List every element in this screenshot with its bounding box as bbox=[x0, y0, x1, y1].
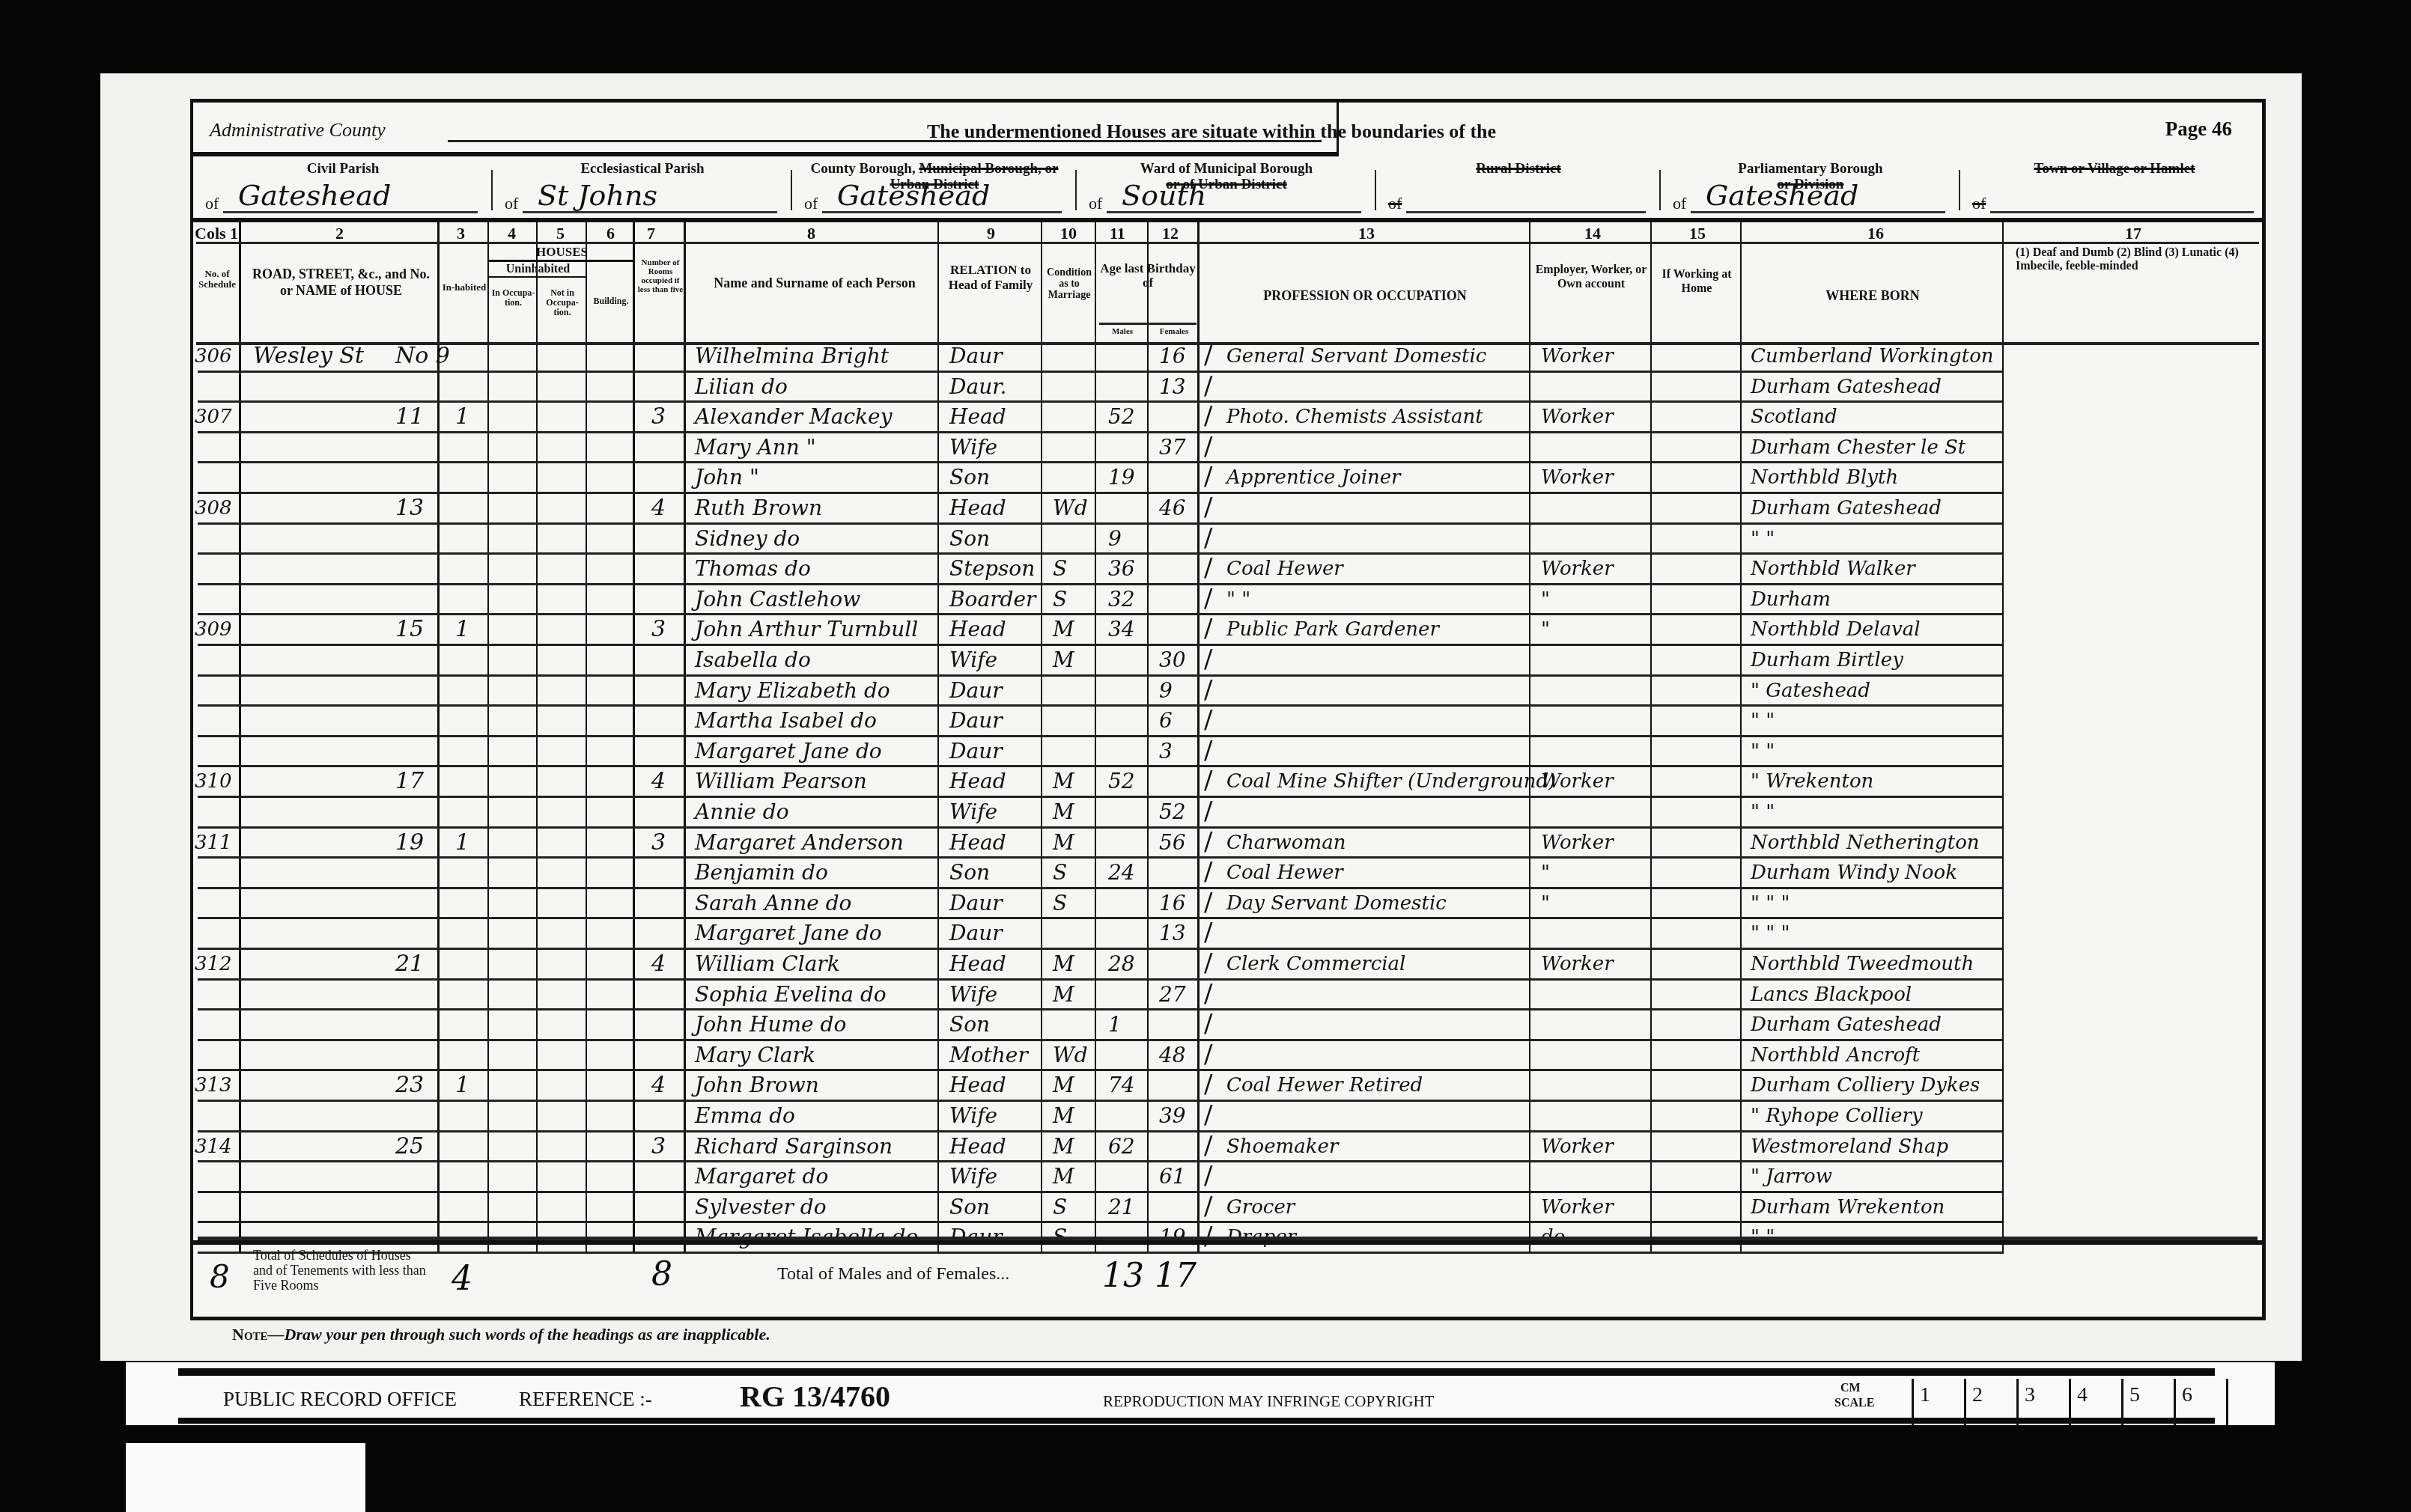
house-number: 15 bbox=[395, 617, 424, 642]
form-note: Note—Draw your pen through such words of… bbox=[232, 1325, 770, 1344]
checkmark-icon: / bbox=[1204, 948, 1212, 978]
female-age: 56 bbox=[1159, 830, 1186, 856]
person-name: Sylvester do bbox=[695, 1195, 827, 1220]
table-row: 3111913Margaret AndersonHeadM56Charwoman… bbox=[193, 829, 2269, 859]
area-header-row: Civil Parish of Gateshead Ecclesiastical… bbox=[193, 156, 2262, 222]
occupation: Day Servant Domestic bbox=[1226, 891, 1447, 916]
employment-status: Worker bbox=[1541, 951, 1614, 977]
occupation: Coal Hewer Retired bbox=[1226, 1073, 1423, 1098]
birthplace: Durham Birtley bbox=[1751, 647, 1903, 673]
area-value: South bbox=[1122, 179, 1206, 212]
employment-status: Worker bbox=[1541, 1195, 1614, 1220]
header-building: Building. bbox=[587, 296, 635, 307]
area-parliamentary-borough: Parliamentary Boroughor Division of Gate… bbox=[1661, 156, 1960, 218]
house-number: 19 bbox=[395, 830, 424, 856]
person-name: Lilian do bbox=[695, 374, 788, 400]
marital-condition: S bbox=[1053, 891, 1067, 916]
table-row: Thomas doStepsonS36Coal HewerWorkerNorth… bbox=[193, 555, 2269, 585]
male-age: 62 bbox=[1108, 1134, 1135, 1159]
birthplace: Northbld Walker bbox=[1751, 556, 1915, 582]
area-line bbox=[1406, 211, 1646, 213]
birthplace: Durham Gateshead bbox=[1751, 374, 1942, 400]
schedule-number: 307 bbox=[195, 404, 232, 430]
column-number: 2 bbox=[335, 224, 344, 243]
inhabited-count: 1 bbox=[455, 404, 469, 430]
column-number: 13 bbox=[1358, 224, 1375, 243]
scale-cell: 3 bbox=[2016, 1379, 2061, 1425]
relation: Head bbox=[949, 830, 1006, 856]
person-name: Ruth Brown bbox=[695, 496, 822, 521]
column-number: 9 bbox=[987, 224, 995, 243]
area-line bbox=[1990, 211, 2254, 213]
form-title: The undermentioned Houses are situate wi… bbox=[927, 121, 1496, 143]
header-condition: Condition as to Marriage bbox=[1042, 267, 1096, 301]
area-of: of bbox=[1089, 194, 1102, 213]
employment-status: " bbox=[1541, 587, 1550, 612]
area-value: St Johns bbox=[538, 179, 657, 212]
birthplace: Durham Colliery Dykes bbox=[1751, 1073, 1980, 1098]
relation: Son bbox=[949, 1195, 990, 1220]
column-number: 12 bbox=[1162, 224, 1179, 243]
person-name: Annie do bbox=[695, 799, 789, 825]
employment-status: Worker bbox=[1541, 344, 1614, 369]
house-number: 17 bbox=[395, 769, 424, 794]
marital-condition: M bbox=[1053, 647, 1074, 673]
checkmark-icon: / bbox=[1204, 857, 1212, 887]
area-ecclesiastical-parish: Ecclesiastical Parish of St Johns bbox=[493, 156, 792, 218]
marital-condition: M bbox=[1053, 769, 1074, 794]
relation: Son bbox=[949, 860, 990, 885]
female-age: 39 bbox=[1159, 1103, 1186, 1129]
person-name: Sarah Anne do bbox=[695, 891, 851, 916]
inhabited-count: 1 bbox=[455, 617, 469, 642]
house-number: 11 bbox=[395, 404, 424, 430]
strip-rule-bottom bbox=[178, 1418, 2215, 1424]
relation: Daur bbox=[949, 708, 1003, 734]
column-number: 14 bbox=[1584, 224, 1601, 243]
header-inhabited: In-habited bbox=[440, 282, 489, 293]
table-row: 310174William PearsonHeadM52Coal Mine Sh… bbox=[193, 767, 2269, 798]
header-occupation: PROFESSION OR OCCUPATION bbox=[1200, 288, 1530, 304]
person-name: Benjamin do bbox=[695, 860, 828, 885]
checkmark-icon: / bbox=[1204, 705, 1212, 735]
area-of: of bbox=[1673, 194, 1686, 213]
female-age: 27 bbox=[1159, 982, 1186, 1008]
employment-status: " bbox=[1541, 617, 1550, 642]
checkmark-icon: / bbox=[1204, 432, 1212, 462]
marital-condition: M bbox=[1053, 1073, 1074, 1098]
employment-status: Worker bbox=[1541, 769, 1614, 794]
table-row: 3132314John BrownHeadM74Coal Hewer Retir… bbox=[193, 1071, 2269, 1102]
relation: Wife bbox=[949, 1164, 997, 1189]
inhabited-count: 1 bbox=[455, 1073, 469, 1098]
page-number: Page 46 bbox=[2165, 118, 2232, 141]
occupation: Apprentice Joiner bbox=[1226, 465, 1401, 490]
area-of: of bbox=[205, 194, 219, 213]
checkmark-icon: / bbox=[1204, 371, 1212, 401]
marital-condition: Wd bbox=[1053, 496, 1088, 521]
total-inhabited: 4 bbox=[452, 1260, 472, 1298]
relation: Wife bbox=[949, 799, 997, 825]
table-row: 308134Ruth BrownHeadWd46Durham Gateshead… bbox=[193, 494, 2269, 525]
relation: Daur bbox=[949, 344, 1003, 369]
marital-condition: S bbox=[1053, 587, 1067, 612]
male-age: 36 bbox=[1108, 556, 1135, 582]
occupation: Coal Hewer bbox=[1226, 556, 1343, 582]
age-subheader-rule bbox=[1099, 323, 1197, 325]
table-row: Sidney doSon9" "/ bbox=[193, 525, 2269, 555]
checkmark-icon: / bbox=[1204, 553, 1212, 583]
relation: Daur bbox=[949, 678, 1003, 704]
female-age: 6 bbox=[1159, 708, 1173, 734]
birthplace: " Wrekenton bbox=[1751, 769, 1873, 794]
header-females: Females bbox=[1149, 327, 1200, 336]
female-age: 37 bbox=[1159, 435, 1186, 460]
checkmark-icon: / bbox=[1204, 766, 1212, 796]
birthplace: Westmoreland Shap bbox=[1751, 1134, 1948, 1159]
checkmark-icon: / bbox=[1204, 523, 1212, 553]
header-schedule: No. of Schedule bbox=[193, 269, 241, 290]
schedule-number: 312 bbox=[195, 951, 232, 977]
road-name: Wesley St bbox=[253, 344, 364, 369]
male-age: 34 bbox=[1108, 617, 1135, 642]
table-row: Benjamin doSonS24Coal Hewer"Durham Windy… bbox=[193, 859, 2269, 889]
marital-condition: M bbox=[1053, 617, 1074, 642]
occupation: Coal Mine Shifter (Underground) bbox=[1226, 769, 1556, 794]
relation: Head bbox=[949, 1134, 1006, 1159]
note-prefix: Note bbox=[232, 1325, 268, 1344]
scale-cell: 1 bbox=[1912, 1379, 1957, 1425]
header-males: Males bbox=[1096, 327, 1149, 336]
relation: Wife bbox=[949, 647, 997, 673]
copyright-notice: REPRODUCTION MAY INFRINGE COPYRIGHT bbox=[1103, 1392, 1434, 1411]
area-value: Gateshead bbox=[1706, 179, 1858, 212]
person-name: Martha Isabel do bbox=[695, 708, 877, 734]
relation: Son bbox=[949, 1012, 990, 1037]
table-row: Margaret Jane doDaur13" " "/ bbox=[193, 919, 2269, 950]
birthplace: " " " bbox=[1751, 891, 1790, 916]
table-row: 312214William ClarkHeadM28Clerk Commerci… bbox=[193, 950, 2269, 981]
area-label: Civil Parish bbox=[193, 161, 493, 177]
relation: Mother bbox=[949, 1043, 1028, 1068]
person-name: Margaret do bbox=[695, 1164, 828, 1189]
person-name: John " bbox=[695, 465, 759, 490]
relation: Daur. bbox=[949, 374, 1006, 400]
relation: Head bbox=[949, 404, 1006, 430]
relation: Head bbox=[949, 496, 1006, 521]
header-uninhabited: Uninhabited bbox=[489, 263, 587, 278]
total-rooms: 8 bbox=[651, 1255, 672, 1293]
occupation: " " bbox=[1226, 587, 1250, 612]
table-row: Sophia Evelina doWifeM27Lancs Blackpool/ bbox=[193, 981, 2269, 1011]
reference-number: RG 13/4760 bbox=[740, 1379, 890, 1414]
male-age: 24 bbox=[1108, 860, 1135, 885]
archive-office: PUBLIC RECORD OFFICE bbox=[223, 1388, 457, 1411]
person-name: Mary Clark bbox=[695, 1043, 815, 1068]
column-number: 5 bbox=[556, 224, 565, 243]
area-label-struck: Town or Village or Hamlet bbox=[1960, 161, 2269, 177]
relation: Head bbox=[949, 769, 1006, 794]
occupation: Public Park Gardener bbox=[1226, 617, 1439, 642]
person-name: Thomas do bbox=[695, 556, 811, 582]
rooms-count: 3 bbox=[651, 617, 666, 642]
person-name: John Brown bbox=[695, 1073, 819, 1098]
schedule-number: 313 bbox=[195, 1073, 232, 1098]
occupation: Shoemaker bbox=[1226, 1134, 1338, 1159]
rooms-count: 3 bbox=[651, 404, 666, 430]
birthplace: Durham bbox=[1751, 587, 1831, 612]
checkmark-icon: / bbox=[1204, 918, 1212, 948]
checkmark-icon: / bbox=[1204, 827, 1212, 857]
area-ward: Ward of Municipal Boroughor of Urban Dis… bbox=[1077, 156, 1376, 218]
header-at-home: If Working at Home bbox=[1652, 267, 1742, 296]
checkmark-icon: / bbox=[1204, 462, 1212, 492]
person-name: Mary Elizabeth do bbox=[695, 678, 890, 704]
inhabited-count: 1 bbox=[455, 830, 469, 856]
person-name: Sidney do bbox=[695, 526, 800, 552]
person-name: Alexander Mackey bbox=[695, 404, 892, 430]
area-label-plain: Parliamentary Borough bbox=[1738, 161, 1882, 177]
column-number: 11 bbox=[1110, 224, 1125, 243]
employment-status: " bbox=[1541, 891, 1550, 916]
table-row: Isabella doWifeM30Durham Birtley/ bbox=[193, 646, 2269, 677]
relation: Boarder bbox=[949, 587, 1036, 612]
area-civil-parish: Civil Parish of Gateshead bbox=[193, 156, 493, 218]
marital-condition: M bbox=[1053, 830, 1074, 856]
header-houses: HOUSES bbox=[489, 245, 635, 262]
marital-condition: M bbox=[1053, 1164, 1074, 1189]
scale-cell: 4 bbox=[2069, 1379, 2114, 1425]
header-rule bbox=[196, 242, 2259, 244]
person-name: William Clark bbox=[695, 951, 840, 977]
header-not-in-occupation: Not in Occupa-tion. bbox=[538, 288, 587, 317]
column-number: 6 bbox=[606, 224, 615, 243]
table-row: Mary ClarkMotherWd48Northbld Ancroft/ bbox=[193, 1041, 2269, 1072]
column-number: 3 bbox=[457, 224, 465, 243]
male-age: 52 bbox=[1108, 769, 1135, 794]
checkmark-icon: / bbox=[1204, 1161, 1212, 1191]
area-of: of bbox=[1972, 194, 1986, 213]
birthplace: " Gateshead bbox=[1751, 678, 1870, 704]
house-number: 23 bbox=[395, 1073, 424, 1098]
relation: Daur bbox=[949, 891, 1003, 916]
person-name: Margaret Jane do bbox=[695, 739, 882, 764]
birthplace: Northbld Blyth bbox=[1751, 465, 1898, 490]
female-age: 16 bbox=[1159, 891, 1186, 916]
area-rural-district: Rural District of bbox=[1376, 156, 1661, 218]
occupation: Grocer bbox=[1226, 1195, 1295, 1220]
area-value: Gateshead bbox=[837, 179, 990, 212]
table-row: 3071113Alexander MackeyHead52Photo. Chem… bbox=[193, 403, 2269, 433]
checkmark-icon: / bbox=[1204, 1009, 1212, 1039]
checkmark-icon: / bbox=[1204, 1131, 1212, 1161]
header-in-occupation: In Occupa-tion. bbox=[489, 288, 538, 308]
checkmark-icon: / bbox=[1204, 493, 1212, 522]
rooms-count: 4 bbox=[651, 1073, 666, 1098]
header-infirmity: (1) Deaf and Dumb (2) Blind (3) Lunatic … bbox=[2005, 246, 2255, 273]
column-number: 17 bbox=[2125, 224, 2141, 243]
male-age: 32 bbox=[1108, 587, 1135, 612]
house-number: 21 bbox=[395, 951, 424, 977]
female-age: 3 bbox=[1159, 739, 1173, 764]
archive-reference-strip: PUBLIC RECORD OFFICE REFERENCE :- RG 13/… bbox=[126, 1362, 2275, 1425]
area-of: of bbox=[804, 194, 818, 213]
occupation: Clerk Commercial bbox=[1226, 951, 1405, 977]
marital-condition: S bbox=[1053, 1195, 1067, 1220]
birthplace: Northbld Ancroft bbox=[1751, 1043, 1920, 1068]
birthplace: Northbld Netherington bbox=[1751, 830, 1980, 856]
checkmark-icon: / bbox=[1204, 584, 1212, 614]
census-form: Administrative County The undermentioned… bbox=[190, 99, 2266, 1320]
checkmark-icon: / bbox=[1204, 614, 1212, 644]
schedule-number: 309 bbox=[195, 617, 232, 642]
checkmark-icon: / bbox=[1204, 644, 1212, 674]
table-row: Sarah Anne doDaurS16Day Servant Domestic… bbox=[193, 889, 2269, 920]
table-row: Emma doWifeM39" Ryhope Colliery/ bbox=[193, 1102, 2269, 1133]
employment-status: Worker bbox=[1541, 830, 1614, 856]
total-schedules-label: Total of Schedules of Houses and of Tene… bbox=[253, 1248, 433, 1293]
total-males: 13 bbox=[1102, 1257, 1144, 1295]
column-number: 15 bbox=[1689, 224, 1706, 243]
column-number: 8 bbox=[807, 224, 815, 243]
birthplace: Durham Gateshead bbox=[1751, 496, 1942, 521]
schedule-number: 314 bbox=[195, 1134, 232, 1159]
birthplace: " Ryhope Colliery bbox=[1751, 1103, 1923, 1129]
checkmark-icon: / bbox=[1204, 401, 1212, 431]
relation: Son bbox=[949, 526, 990, 552]
person-name: Margaret Jane do bbox=[695, 921, 882, 946]
total-schedules: 8 bbox=[210, 1258, 230, 1295]
employment-status: Worker bbox=[1541, 404, 1614, 430]
checkmark-icon: / bbox=[1204, 675, 1212, 705]
reference-label: REFERENCE :- bbox=[519, 1388, 652, 1411]
scale-cell: 5 bbox=[2121, 1379, 2166, 1425]
checkmark-icon: / bbox=[1204, 736, 1212, 766]
male-age: 19 bbox=[1108, 465, 1135, 490]
column-number: 4 bbox=[508, 224, 516, 243]
header-employer: Employer, Worker, or Own account bbox=[1530, 263, 1652, 291]
person-name: Isabella do bbox=[695, 647, 811, 673]
male-age: 9 bbox=[1108, 526, 1122, 552]
rooms-count: 4 bbox=[651, 951, 666, 977]
strip-rule-top bbox=[178, 1368, 2215, 1376]
header-age: Age last Birthday of bbox=[1096, 261, 1200, 290]
area-label-plain: County Borough, bbox=[811, 161, 916, 177]
area-label: Ecclesiastical Parish bbox=[493, 161, 792, 177]
birthplace: " " bbox=[1751, 739, 1775, 764]
rooms-count: 3 bbox=[651, 830, 666, 856]
relation: Daur bbox=[949, 921, 1003, 946]
female-age: 13 bbox=[1159, 921, 1186, 946]
birthplace: " " bbox=[1751, 708, 1775, 734]
area-town-village: Town or Village or Hamlet of bbox=[1960, 156, 2269, 218]
scale-cell: 2 bbox=[1964, 1379, 2009, 1425]
column-number: 7 bbox=[647, 224, 655, 243]
person-name: Sophia Evelina do bbox=[695, 982, 887, 1008]
scale-cell: 6 bbox=[2174, 1379, 2219, 1425]
table-row: Mary Ann "Wife37Durham Chester le St/ bbox=[193, 433, 2269, 464]
column-number: 10 bbox=[1060, 224, 1077, 243]
female-age: 16 bbox=[1159, 344, 1186, 369]
marital-condition: M bbox=[1053, 1134, 1074, 1159]
relation: Head bbox=[949, 951, 1006, 977]
header-rooms: Number of Rooms occupied if less than fi… bbox=[635, 258, 686, 294]
male-age: 52 bbox=[1108, 404, 1135, 430]
birthplace: Northbld Tweedmouth bbox=[1751, 951, 1974, 977]
column-number: 16 bbox=[1867, 224, 1884, 243]
checkmark-icon: / bbox=[1204, 1040, 1212, 1070]
birthplace: " Jarrow bbox=[1751, 1164, 1832, 1189]
marital-condition: M bbox=[1053, 799, 1074, 825]
scale-label: CM bbox=[1840, 1382, 1861, 1395]
area-of: of bbox=[505, 194, 518, 213]
table-row: John CastlehowBoarderS32" ""Durham/ bbox=[193, 585, 2269, 616]
checkmark-icon: / bbox=[1204, 888, 1212, 918]
table-row: Margaret doWifeM61" Jarrow/ bbox=[193, 1162, 2269, 1193]
person-name: Emma do bbox=[695, 1103, 795, 1129]
header-where-born: WHERE BORN bbox=[1742, 288, 2004, 304]
scale-label: SCALE bbox=[1834, 1397, 1874, 1410]
column-number: Cols 1 bbox=[195, 224, 238, 243]
birthplace: Northbld Delaval bbox=[1751, 617, 1920, 642]
person-name: Wilhelmina Bright bbox=[695, 344, 889, 369]
male-age: 74 bbox=[1108, 1073, 1135, 1098]
female-age: 48 bbox=[1159, 1043, 1186, 1068]
occupation: Photo. Chemists Assistant bbox=[1226, 404, 1483, 430]
employment-status: " bbox=[1541, 860, 1550, 885]
employment-status: Worker bbox=[1541, 465, 1614, 490]
checkmark-icon: / bbox=[1204, 1100, 1212, 1130]
header-relation: RELATION to Head of Family bbox=[939, 263, 1042, 293]
birthplace: " " bbox=[1751, 526, 1775, 552]
checkmark-icon: / bbox=[1204, 979, 1212, 1009]
table-row: Mary Elizabeth doDaur9" Gateshead/ bbox=[193, 677, 2269, 707]
person-name: John Hume do bbox=[695, 1012, 846, 1037]
schedule-number: 311 bbox=[195, 830, 232, 856]
person-name: Richard Sarginson bbox=[695, 1134, 893, 1159]
birthplace: " " bbox=[1751, 799, 1775, 825]
person-name: John Castlehow bbox=[695, 587, 860, 612]
rooms-count: 4 bbox=[651, 496, 666, 521]
marital-condition: S bbox=[1053, 556, 1067, 582]
table-row: John Hume doSon1Durham Gateshead/ bbox=[193, 1010, 2269, 1041]
rooms-count: 3 bbox=[651, 1134, 666, 1159]
female-age: 9 bbox=[1159, 678, 1173, 704]
birthplace: Durham Wrekenton bbox=[1751, 1195, 1945, 1220]
relation: Wife bbox=[949, 982, 997, 1008]
checkmark-icon: / bbox=[1204, 1192, 1212, 1222]
marital-condition: M bbox=[1053, 951, 1074, 977]
male-age: 21 bbox=[1108, 1195, 1135, 1220]
scale-cell bbox=[2226, 1379, 2263, 1425]
person-name: William Pearson bbox=[695, 769, 867, 794]
area-value: Gateshead bbox=[238, 179, 391, 212]
female-age: 46 bbox=[1159, 496, 1186, 521]
table-row: Martha Isabel doDaur6" "/ bbox=[193, 707, 2269, 737]
area-county-borough: County Borough, Municipal Borough, or Ur… bbox=[792, 156, 1077, 218]
note-text: —Draw your pen through such words of the… bbox=[268, 1325, 770, 1344]
total-males-females-label: Total of Males and of Females... bbox=[777, 1264, 1009, 1284]
rooms-count: 4 bbox=[651, 769, 666, 794]
schedule-number: 310 bbox=[195, 769, 232, 794]
marital-condition: Wd bbox=[1053, 1043, 1088, 1068]
birthplace: Durham Windy Nook bbox=[1751, 860, 1957, 885]
birthplace: Durham Gateshead bbox=[1751, 1012, 1942, 1037]
schedule-number: 308 bbox=[195, 496, 232, 521]
relation: Wife bbox=[949, 1103, 997, 1129]
relation: Head bbox=[949, 617, 1006, 642]
header-road: ROAD, STREET, &c., and No. or NAME of HO… bbox=[246, 266, 437, 299]
